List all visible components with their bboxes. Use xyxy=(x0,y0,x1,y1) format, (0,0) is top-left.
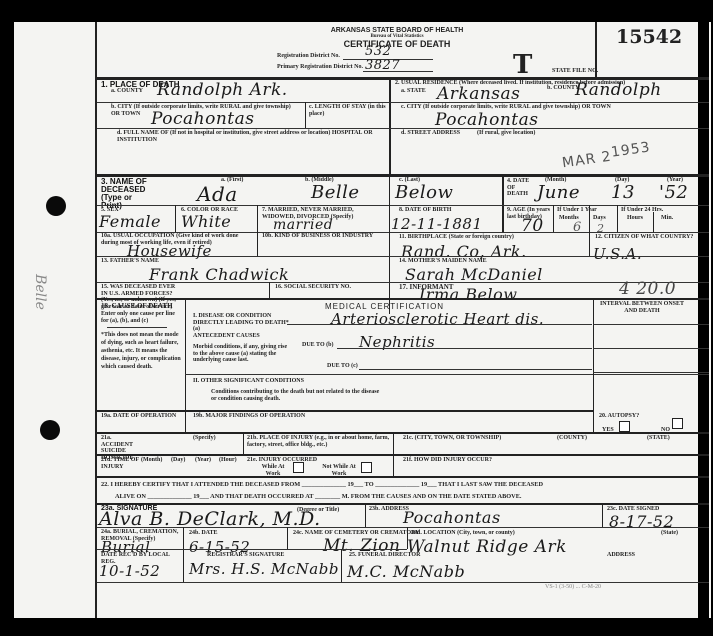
death-city: Pocahontas xyxy=(151,109,254,129)
injury-occurred-label: 21e. INJURY OCCURRED xyxy=(247,457,317,464)
punch-hole xyxy=(40,420,60,440)
location-state-label: (State) xyxy=(661,530,678,537)
rule xyxy=(185,410,186,432)
time-injury-label: 21d. TIME OF INJURY xyxy=(101,457,141,470)
reg-district-label: Registration District No. xyxy=(277,53,340,60)
death-county: Randolph Ark. xyxy=(157,80,288,100)
rule xyxy=(593,324,709,325)
rule xyxy=(589,205,590,232)
burial-date-label: 24b. DATE xyxy=(189,530,218,537)
registrar-signature: Mrs. H.S. McNabb xyxy=(189,560,339,578)
rule xyxy=(553,205,554,232)
rule xyxy=(593,300,594,432)
received-stamp-date: MAR 2 xyxy=(561,149,612,172)
rule xyxy=(97,454,709,456)
min-label: Min. xyxy=(661,215,673,222)
rule xyxy=(359,369,592,370)
right-edge xyxy=(709,22,711,618)
rule xyxy=(183,527,184,582)
mother-label: 14. MOTHER'S MAIDEN NAME xyxy=(399,258,487,265)
rule xyxy=(97,503,709,505)
due-to-b-label: DUE TO (b) xyxy=(302,342,333,349)
rule xyxy=(97,410,593,412)
rule xyxy=(341,549,342,582)
autopsy-label: 20. AUTOPSY? xyxy=(599,413,639,420)
form-code: VS-1 (3-50) ... C-M-20 xyxy=(545,584,601,591)
punch-hole xyxy=(46,196,66,216)
time-hour-label: (Hour) xyxy=(219,457,237,464)
primary-reg-label: Primary Registration District No. xyxy=(277,64,363,71)
rule xyxy=(337,348,592,349)
rule xyxy=(97,527,709,528)
birthplace-label: 11. BIRTHPLACE (State or foreign country… xyxy=(399,234,514,241)
ssn-label: 16. SOCIAL SECURITY NO. xyxy=(275,284,351,291)
certificate-title: CERTIFICATE OF DEATH xyxy=(297,39,497,49)
time-year-label: (Year) xyxy=(195,457,211,464)
rule xyxy=(287,527,288,549)
rule xyxy=(97,476,709,478)
rule xyxy=(389,102,709,103)
state-file-label: STATE FILE NO. xyxy=(552,68,598,75)
rule xyxy=(365,503,366,527)
rule xyxy=(257,205,258,232)
county-label: a. COUNTY xyxy=(111,88,143,95)
rule xyxy=(257,232,258,256)
street-label: d. STREET ADDRESS xyxy=(401,130,460,137)
citizen-label: 12. CITIZEN OF WHAT COUNTRY? xyxy=(595,234,695,241)
while-at-work-checkbox[interactable] xyxy=(293,462,304,473)
disease-label: I. DISEASE OR CONDITION DIRECTLY LEADING… xyxy=(193,313,293,333)
certify-line-1: 22. I HEREBY CERTIFY THAT I ATTENDED THE… xyxy=(101,482,543,489)
under-year-label: If Under 1 Year xyxy=(557,207,597,214)
injury-state-label: (STATE) xyxy=(647,435,670,442)
rule xyxy=(107,327,167,328)
primary-reg-value: 3827 xyxy=(365,58,400,73)
hours-label: Hours xyxy=(627,215,643,222)
rule xyxy=(185,374,709,375)
rule xyxy=(287,324,592,325)
date-of-death-label: 4. DATE OF DEATH xyxy=(507,178,537,198)
rule xyxy=(593,348,709,349)
first-name: Ada xyxy=(197,182,238,206)
rule xyxy=(305,102,306,128)
board-name: ARKANSAS STATE BOARD OF HEALTH xyxy=(297,27,497,34)
dod-month: June xyxy=(537,182,580,203)
funeral-director: M.C. McNabb xyxy=(347,562,465,581)
rule xyxy=(593,372,709,373)
not-while-at-work-checkbox[interactable] xyxy=(361,462,372,473)
margin-note: Belle xyxy=(32,274,48,310)
due-to-c-label: DUE TO (c) xyxy=(327,363,358,370)
res-city: Pocahontas xyxy=(435,110,538,130)
rule xyxy=(269,282,270,298)
date-of-birth: 12-11-1881 xyxy=(391,215,482,233)
time-day-label: (Day) xyxy=(171,457,185,464)
age: 70 xyxy=(521,216,544,236)
last-name: Below xyxy=(395,182,453,203)
under-24-label: If Under 24 Hrs. xyxy=(621,207,663,214)
death-certificate-form: ARKANSAS STATE BOARD OF HEALTH Bureau of… xyxy=(95,22,712,618)
cause-a: Arteriosclerotic Heart dis. xyxy=(331,310,544,328)
section-rule xyxy=(97,298,709,300)
cause-instructions: Enter only one cause per line for (a), (… xyxy=(101,311,181,324)
dob-label: 8. DATE OF BIRTH xyxy=(399,207,451,214)
father-label: 13. FATHER'S NAME xyxy=(101,258,159,265)
place-of-injury-label: 21b. PLACE OF INJURY (e.g., in or about … xyxy=(247,435,392,448)
certify-line-2: ALIVE ON ______________ 19___ AND THAT D… xyxy=(115,494,522,501)
morbid-label: Morbid conditions, if any, giving rise t… xyxy=(193,344,293,364)
rule xyxy=(97,102,389,103)
informant-note: 4 20.0 xyxy=(619,279,676,299)
operation-findings-label: 19b. MAJOR FINDINGS OF OPERATION xyxy=(193,413,305,420)
middle-name: Belle xyxy=(311,182,360,203)
certificate-number: 15542 xyxy=(616,26,682,48)
degree-label: (Degree or Title) xyxy=(297,507,339,514)
interval-label: INTERVAL BETWEEN ONSET AND DEATH xyxy=(597,301,687,314)
sex: Female xyxy=(99,212,161,231)
street-hint: (If rural, give location) xyxy=(477,130,535,137)
race: White xyxy=(181,212,231,231)
rule xyxy=(175,205,176,232)
funeral-address-label: ADDRESS xyxy=(607,552,635,559)
rule xyxy=(617,205,618,232)
operation-date-label: 19a. DATE OF OPERATION xyxy=(101,413,181,420)
burial-location: Walnut Ridge Ark xyxy=(407,537,567,557)
days-label: Days xyxy=(593,215,606,222)
time-month-label: (Month) xyxy=(141,457,162,464)
rule xyxy=(589,232,590,256)
cause-note: *This does not mean the mode of dying, s… xyxy=(101,331,183,371)
rule xyxy=(243,432,244,454)
specify-label: (Specify) xyxy=(193,435,216,442)
other-conditions-label: II. OTHER SIGNIFICANT CONDITIONS xyxy=(193,378,304,385)
cause-label: 18. CAUSE OF DEATH xyxy=(101,303,173,310)
rule xyxy=(389,128,709,129)
physician-address: Pocahontas xyxy=(403,508,501,527)
injury-county-label: (COUNTY) xyxy=(557,435,587,442)
marital-status: married xyxy=(273,217,333,233)
date-recd: 10-1-52 xyxy=(99,562,160,580)
hospital-label: d. FULL NAME OF (If not in hospital or i… xyxy=(117,130,387,143)
res-state-label: a. STATE xyxy=(401,88,426,95)
business-label: 10b. KIND OF BUSINESS OR INDUSTRY xyxy=(262,233,382,240)
dod-day: 13 xyxy=(611,182,635,203)
rule xyxy=(185,300,186,410)
location-label: 24d. LOCATION (City, town, or county) xyxy=(411,530,515,537)
rule xyxy=(97,432,709,434)
rule xyxy=(389,177,390,205)
res-state: Arkansas xyxy=(437,84,520,104)
citizen: U.S.A. xyxy=(593,245,642,263)
res-county: Randolph xyxy=(575,80,662,100)
dod-year: '52 xyxy=(659,182,688,203)
rule xyxy=(97,582,709,583)
rule xyxy=(602,503,603,527)
rule xyxy=(389,205,390,232)
rule xyxy=(97,256,709,257)
autopsy-no-checkbox[interactable] xyxy=(672,418,683,429)
rule xyxy=(97,549,407,550)
injury-city-label: 21c. (CITY, TOWN, OR TOWNSHIP) xyxy=(403,435,501,442)
registrar-label: REGISTRAR'S SIGNATURE xyxy=(207,552,284,559)
file-mark: T xyxy=(513,50,532,80)
header-divider xyxy=(595,22,597,78)
received-stamp-year: 1953 xyxy=(610,139,651,160)
rule xyxy=(97,128,389,129)
length-of-stay-label: c. LENGTH OF STAY (in this place) xyxy=(309,104,387,117)
autopsy-yes-checkbox[interactable] xyxy=(619,421,630,432)
antecedent-label: ANTECEDENT CAUSES xyxy=(193,333,260,340)
funeral-director-label: 25. FUNERAL DIRECTOR xyxy=(349,552,420,559)
rule xyxy=(653,212,654,232)
reg-district-value: 532 xyxy=(365,44,391,59)
date-signed: 8-17-52 xyxy=(609,512,674,531)
other-conditions-note: Conditions contributing to the death but… xyxy=(211,389,381,402)
how-injury-label: 21f. HOW DID INJURY OCCUR? xyxy=(403,457,492,464)
